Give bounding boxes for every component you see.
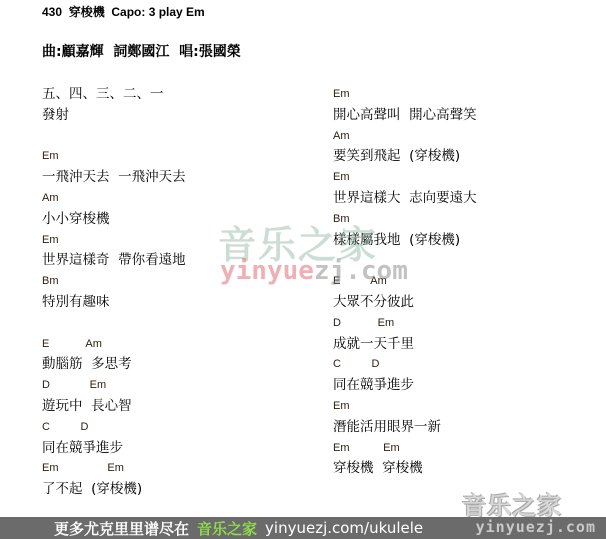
lyric-line: 小小穿梭機 <box>42 209 186 230</box>
chord-line: Em <box>333 396 477 417</box>
lyric-line: 世界這樣奇 帶你看遠地 <box>42 250 186 271</box>
lyric-line: 了不起 (穿梭機) <box>42 479 186 500</box>
logo-url: yinyuezj.com <box>476 518 596 536</box>
lyric-line: 成就一天千里 <box>333 334 477 355</box>
watermark-url-gray: zj.com <box>314 256 408 286</box>
song-title: 430 穿梭機 Capo: 3 play Em <box>42 3 205 20</box>
lyric-line: 遊玩中 長心智 <box>42 396 186 417</box>
site-logo: 音乐之家 <box>462 486 562 521</box>
chord-line: Em <box>42 146 186 167</box>
chord-line: Em <box>333 167 477 188</box>
lyric-line: 潛能活用眼界一新 <box>333 417 477 438</box>
chord-line: Em <box>42 230 186 251</box>
lyric-line: 一飛沖天去 一飛沖天去 <box>42 167 186 188</box>
blank-line <box>42 313 186 334</box>
chord-line: Am <box>333 126 477 147</box>
banner-prefix: 更多尤克里里谱尽在 <box>54 518 189 539</box>
chord-line: E Am <box>42 334 186 355</box>
lyric-line: 五、四、三、二、一 <box>42 84 186 105</box>
banner-brand: 音乐之家 <box>197 518 257 539</box>
chord-line: C D <box>42 417 186 438</box>
lyric-line: 同在競爭進步 <box>42 438 186 459</box>
lyric-line: 要笑到飛起 (穿梭機) <box>333 146 477 167</box>
footer-banner: 更多尤克里里谱尽在 音乐之家 yinyuezj.com/ukulele yiny… <box>0 517 606 539</box>
lyric-line: 大眾不分彼此 <box>333 292 477 313</box>
lyric-line: 同在競爭進步 <box>333 375 477 396</box>
song-credits: 曲:顧嘉輝 詞鄭國江 唱:張國榮 <box>42 41 241 61</box>
lyric-line: 特別有趣味 <box>42 292 186 313</box>
watermark-url: yinyuezj.com <box>220 256 408 286</box>
chord-line: Em Em <box>42 458 186 479</box>
banner-url-link[interactable]: yinyuezj.com/ukulele <box>265 519 423 537</box>
lyric-line: 穿梭機 穿梭機 <box>333 458 477 479</box>
lyric-line: 動腦筋 多思考 <box>42 354 186 375</box>
left-lyrics-column: 五、四、三、二、一發射Em一飛沖天去 一飛沖天去Am小小穿梭機Em世界這樣奇 帶… <box>42 84 186 500</box>
chord-line: Em Em <box>333 438 477 459</box>
chord-line: Am <box>42 188 186 209</box>
lyric-line: 世界這樣大 志向要遠大 <box>333 188 477 209</box>
lyric-line: 開心高聲叫 開心高聲笑 <box>333 105 477 126</box>
blank-line <box>42 126 186 147</box>
chord-line: D Em <box>333 313 477 334</box>
lyric-line: 發射 <box>42 105 186 126</box>
chord-line: Bm <box>42 271 186 292</box>
watermark-url-red: yinyue <box>220 256 314 286</box>
chord-line: C D <box>333 354 477 375</box>
chord-line: D Em <box>42 375 186 396</box>
chord-line: Em <box>333 84 477 105</box>
